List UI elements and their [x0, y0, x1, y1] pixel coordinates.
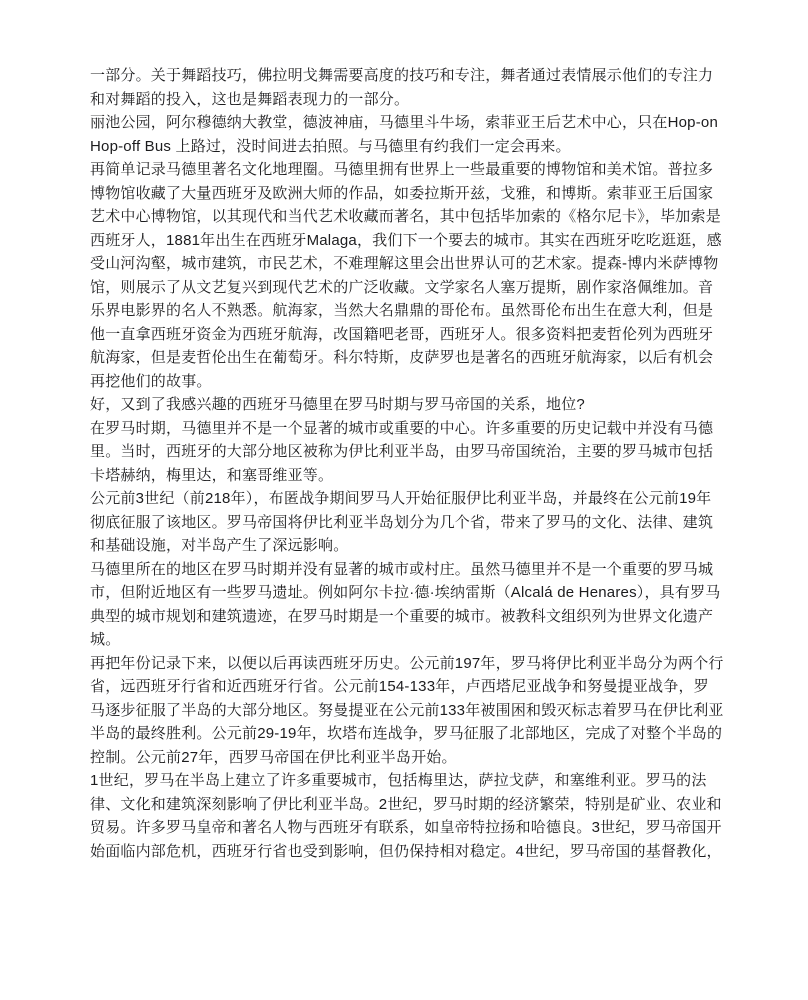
- paragraph-punic-wars: 公元前3世纪（前218年），布匿战争期间罗马人开始征服伊比利亚半岛，并最终在公元…: [90, 487, 724, 558]
- paragraph-roman-period-answer: 在罗马时期，马德里并不是一个显著的城市或重要的中心。许多重要的历史记载中并没有马…: [90, 417, 724, 488]
- paragraph-madrid-landmarks: 丽池公园，阿尔穆德纳大教堂，德波神庙，马德里斗牛场，索菲亚王后艺术中心，只在Ho…: [90, 111, 724, 158]
- paragraph-madrid-culture: 再简单记录马德里著名文化地理圈。马德里拥有世界上一些最重要的博物馆和美术馆。普拉…: [90, 158, 724, 393]
- paragraph-history-timeline-ad: 1世纪，罗马在半岛上建立了许多重要城市，包括梅里达，萨拉戈萨，和塞维利亚。罗马的…: [90, 769, 724, 863]
- paragraph-dance-technique: 一部分。关于舞蹈技巧，佛拉明戈舞需要高度的技巧和专注，舞者通过表情展示他们的专注…: [90, 64, 724, 111]
- document-body: 一部分。关于舞蹈技巧，佛拉明戈舞需要高度的技巧和专注，舞者通过表情展示他们的专注…: [90, 64, 724, 863]
- document-page: 一部分。关于舞蹈技巧，佛拉明戈舞需要高度的技巧和专注，舞者通过表情展示他们的专注…: [0, 0, 808, 1000]
- paragraph-history-timeline-bc: 再把年份记录下来，以便以后再读西班牙历史。公元前197年，罗马将伊比利亚半岛分为…: [90, 652, 724, 770]
- paragraph-roman-ruins-nearby: 马德里所在的地区在罗马时期并没有显著的城市或村庄。虽然马德里并不是一个重要的罗马…: [90, 558, 724, 652]
- paragraph-question-roman-madrid: 好，又到了我感兴趣的西班牙马德里在罗马时期与罗马帝国的关系，地位?: [90, 393, 724, 417]
